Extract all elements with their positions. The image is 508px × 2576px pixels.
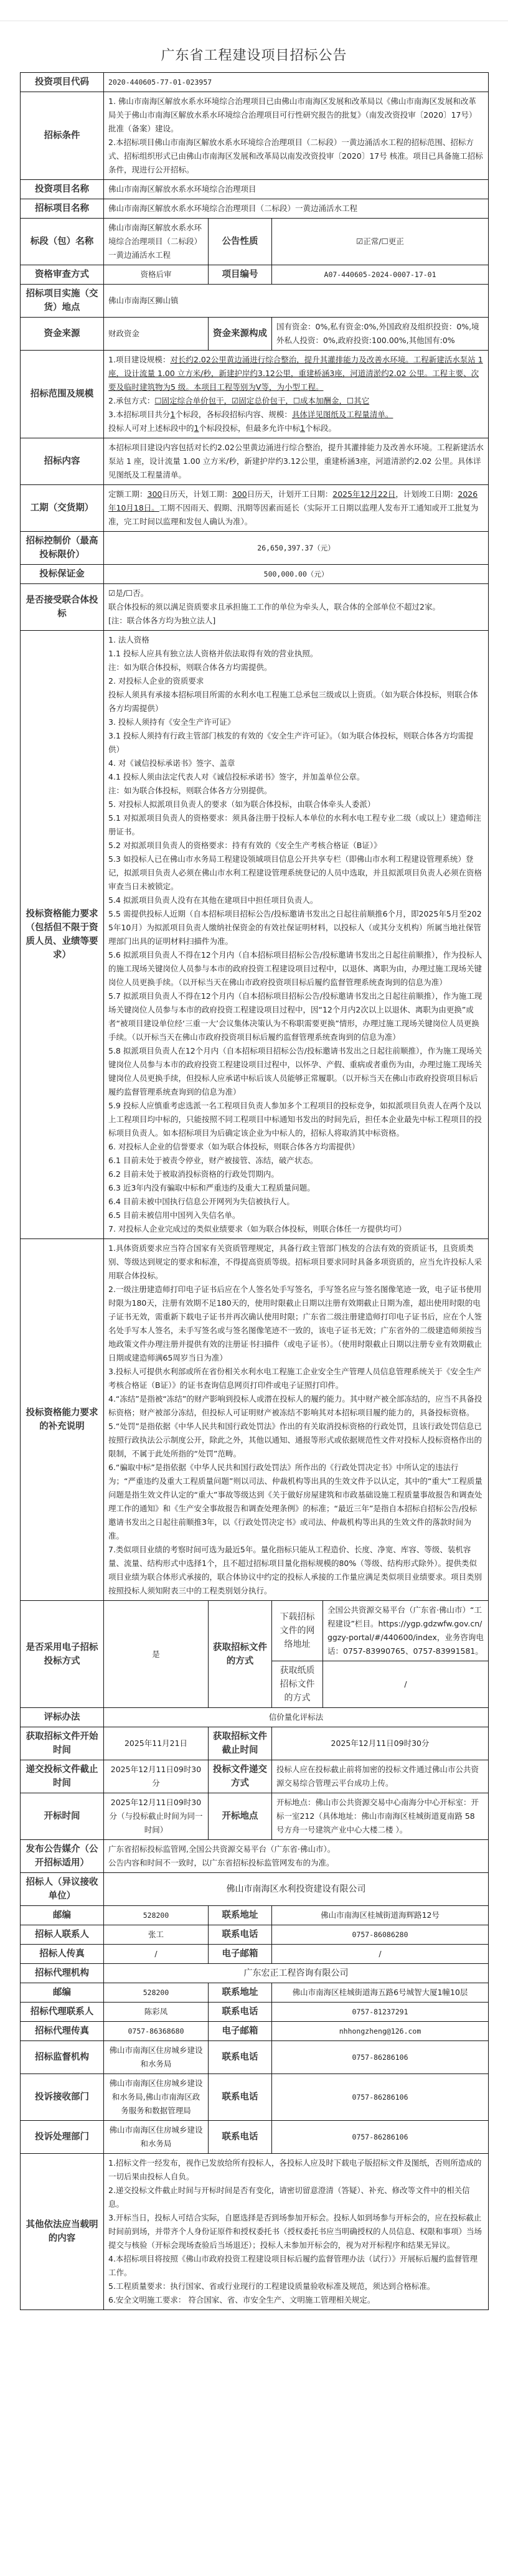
scope-line3-prefix: 3.本招标项目共分: [108, 410, 170, 419]
row-consortium: 是否接受联合体投标 ☑是/☐否。 联合体投标的须以满足资质要求且承担施工工作的单…: [21, 584, 489, 631]
requirement-line: 2. 对投标人企业的资质要求: [108, 674, 484, 688]
row-tenderer-contact: 招标人联系人 张工 联系电话 0757-86086280: [21, 1925, 489, 1945]
funding-structure-value: 国有资金：0%,私有资金:0%,外国政府及组织投资：0%,境外私人投资：0%,政…: [272, 318, 489, 351]
opening-place-value: 开标地点：佛山市公共资源交易中心南海分中心开标室：开标一室212（具体地址：佛山…: [272, 1793, 489, 1840]
supplement-line: 7.类似项目业绩的考察时间可选为最近5年。量化指标只能从工程造价、长度、净宽、库…: [108, 1543, 484, 1598]
opening-place-label: 开标地点: [209, 1793, 272, 1840]
agency-fax-value: 0757-86368680: [104, 2022, 209, 2041]
consortium-value: ☑是/☐否。 联合体投标的须以满足资质要求且承担施工工作的单位为牵头人，联合体的…: [104, 584, 489, 631]
submit-deadline-value: 2025年12月11日09时30分: [104, 1760, 209, 1793]
requirement-line: 6.3 近3年内没有骗取中标和严重违约及重大工程质量问题。: [108, 1181, 484, 1195]
requirement-line: 1.1 投标人应具有独立法人资格并依法取得有效的营业执照。: [108, 647, 484, 661]
section-label: 标段（包）名称: [21, 219, 104, 265]
requirement-line: 6. 对投标人企业的信誉要求（如为联合体投标，则联合体各方均需提供）: [108, 1140, 484, 1154]
start-date: 2025年12月22日: [332, 489, 395, 499]
complaint-handle-phone-label: 联系电话: [209, 2121, 272, 2154]
row-submit: 递交投标文件截止时间 2025年12月11日09时30分 投标文件递交方式 投标…: [21, 1760, 489, 1793]
requirement-line: 1. 法人资格: [108, 633, 484, 647]
row-tenderer-fax: 招标人传真 / 电子邮箱 /: [21, 1945, 489, 1964]
agency-zip-value: 528200: [104, 1983, 209, 2003]
row-scope: 招标范围及规模 1.项目建设规模：对长约2.02公里黄边涌进行综合整治，提升其灌…: [21, 351, 489, 438]
consortium-line: 联合体投标的须以满足资质要求且承担施工工作的单位为牵头人，联合体的全部单位不超过…: [108, 600, 484, 614]
scope-line4-prefix: 投标人可对上述标段中的: [108, 423, 194, 433]
page-title: 广东省工程建设项目招标公告: [0, 45, 508, 64]
requirement-line: 6.5 目前未被信用中国列入失信名单。: [108, 1209, 484, 1222]
conditions-item: 1. 佛山市南海区解放水系水环境综合治理项目已由佛山市南海区发展和改革局以《佛山…: [108, 95, 484, 136]
agency-addr-value: 佛山市南海区桂城街道海五路6号城智大厦1幢10层: [272, 1983, 489, 2003]
content-value: 本招标项目建设内容包括对长约2.02公里黄边涌进行综合整治，提升其灌排能力及改善…: [104, 438, 489, 485]
row-media: 发布公告媒介（公开招标适用） 广东省招标投标监管网,全国公共资源交易平台（广东省…: [21, 1840, 489, 1873]
row-period: 工期（交货期） 定额工期：300日历天，计划工期：300日历天，计划开工日期：2…: [21, 485, 489, 532]
row-agency-fax: 招标代理传真 0757-86368680 电子邮箱 nhhongzheng@12…: [21, 2022, 489, 2041]
row-agency-zip: 邮编 528200 联系地址 佛山市南海区桂城街道海五路6号城智大厦1幢10层: [21, 1983, 489, 2003]
row-qualification: 资格审查方式 资格后审 项目编号 A07-440605-2024-0007-17…: [21, 265, 489, 285]
conditions-value: 1. 佛山市南海区解放水系水环境综合治理项目已由佛山市南海区发展和改革局以《佛山…: [104, 92, 489, 180]
electronic-value: 是: [104, 1601, 209, 1708]
period-value: 定额工期：300日历天，计划工期：300日历天，计划开工日期：2025年12月2…: [104, 485, 489, 532]
agency-zip-label: 邮编: [21, 1983, 104, 2003]
top-bar: [0, 0, 508, 21]
agency-phone-value: 0757-81237291: [272, 2003, 489, 2022]
obtain-start-label: 获取招标文件开始时间: [21, 1727, 104, 1760]
row-obtain-time: 获取招标文件开始时间 2025年11月21日 获取招标文件截止时间 2025年1…: [21, 1727, 489, 1760]
other-line: 6.安全文明施工要求： 符合国家、省、市安全生产、文明施工管理相关规定。: [108, 2293, 484, 2307]
tenderer-value: 佛山市南海区水利投资建设有限公司: [104, 1873, 489, 1906]
end-prefix: ，计划竣工日期：: [395, 489, 458, 499]
requirement-line: 3. 投标人须持有《安全生产许可证》: [108, 715, 484, 729]
supplement-line: 6.“骗取中标”是指依据《中华人民共和国行政处罚法》所作出的《行政处罚决定书》中…: [108, 1461, 484, 1543]
period-note: 工期不因雨天、假期、汛期等因素而延长（实际开工日期以监理人发布开工通知或开工批复…: [108, 503, 478, 526]
requirement-line: 5.3 如投标人已在佛山市水务局工程建设领域项目信息公开共享专栏（即佛山市水利工…: [108, 852, 484, 894]
row-tender-name: 招标项目名称 佛山市南海区解放水系水环境综合治理项目（二标段）一黄边涌活水工程: [21, 199, 489, 219]
requirement-line: 6.4 目前未被中国执行信息公开网列为失信被执行人。: [108, 1195, 484, 1209]
section-value: 佛山市南海区解放水系水环境综合治理项目（二标段）一黄边涌活水工程: [104, 219, 209, 265]
complaint-receive-phone-label: 联系电话: [209, 2074, 272, 2121]
opening-time-value: 2025年12月11日09时30分（与投标截止时间为同一时间）: [104, 1793, 209, 1840]
tenderer-contact-label: 招标人联系人: [21, 1925, 104, 1945]
requirement-line: 6.2 目前未处于被取消投标资格的行政处罚期内。: [108, 1168, 484, 1181]
obtain-end-value: 2025年12月11日09时30分: [272, 1727, 489, 1760]
requirement-line: 3.1 投标人须持有行政主管部门核发的有效的《安全生产许可证》。（如为联合体投标…: [108, 729, 484, 757]
row-deposit: 投标保证金 500,000.00（元）: [21, 565, 489, 584]
supplement-label: 投标资格能力要求的补充说明: [21, 1239, 104, 1601]
deposit-value: 500,000.00（元）: [104, 565, 489, 584]
requirements-label: 投标资格能力要求（包括但不限于资质人员、业绩等要求）: [21, 631, 104, 1239]
project-code-value: A07-440605-2024-0007-17-01: [272, 265, 489, 285]
other-value: 1.招标文件一经发布，视作已发放给所有投标人，各投标人应及时下载电子版招标文件及…: [104, 2154, 489, 2310]
complaint-receive-phone-value: 0757-86286106: [272, 2074, 489, 2121]
obtain-method-label: 获取招标文件的方式: [209, 1601, 272, 1708]
evaluation-value: 信价量化评标法: [104, 1708, 489, 1727]
tenderer-email-label: 电子邮箱: [209, 1945, 272, 1964]
row-supplement: 投标资格能力要求的补充说明 1.具体资质要求应当符合国家有关资质管理规定，具备行…: [21, 1239, 489, 1601]
scope-value: 1.项目建设规模：对长约2.02公里黄边涌进行综合整治，提升其灌排能力及改善水环…: [104, 351, 489, 438]
tender-name-value: 佛山市南海区解放水系水环境综合治理项目（二标段）一黄边涌活水工程: [104, 199, 489, 219]
scope-line3-mid: 个标段，各标段招标内容、规模：: [175, 410, 292, 419]
scope-line3-value: 具体详见图纸及工程量清单。: [292, 410, 393, 419]
invest-name-label: 投资项目名称: [21, 180, 104, 199]
row-control-price: 招标控制价（最高投标限价） 26,650,397.37（元）: [21, 532, 489, 565]
tenderer-addr-value: 佛山市南海区桂城街道海辉路12号: [272, 1906, 489, 1925]
requirement-line: 5.8 拟派项目负责人在12个月内（自本招标项目招标公告/投标邀请书发出之日起往…: [108, 1044, 484, 1099]
bottom-space: [0, 2310, 508, 2349]
deposit-label: 投标保证金: [21, 565, 104, 584]
row-requirements: 投标资格能力要求（包括但不限于资质人员、业绩等要求） 1. 法人资格 1.1 投…: [21, 631, 489, 1239]
obtain-end-label: 获取招标文件截止时间: [209, 1727, 272, 1760]
other-line: 1.招标文件一经发布，视作已发放给所有投标人，各投标人应及时下载电子版招标文件及…: [108, 2156, 484, 2184]
control-price-label: 招标控制价（最高投标限价）: [21, 532, 104, 565]
media-line: 公告内容和时间不一致时，以广东省招标投标监管网发布的为准。: [108, 1856, 484, 1870]
row-invest-name: 投资项目名称 佛山市南海区解放水系水环境综合治理项目: [21, 180, 489, 199]
supervision-label: 招标监督机构: [21, 2041, 104, 2074]
requirement-line: 5.6 拟派项目负责人不得在12个月内（自本招标项目招标公告/投标邀请书发出之日…: [108, 948, 484, 989]
requirement-line: 4. 对《诚信投标承诺书》签字、盖章: [108, 757, 484, 770]
requirement-line: 5.4 拟派项目负责人没有在其他在建项目中担任项目负责人。: [108, 894, 484, 907]
complaint-handle-value: 佛山市南海区住房城乡建设和水务局: [104, 2121, 209, 2154]
plan-prefix: 日历天，计划工期：: [162, 489, 232, 499]
scope-line4-mid: 个标段投标，但最多允许中标: [199, 423, 300, 433]
content-label: 招标内容: [21, 438, 104, 485]
period-label: 工期（交货期）: [21, 485, 104, 532]
project-code-label: 项目编号: [209, 265, 272, 285]
complaint-receive-label: 投诉接收部门: [21, 2074, 104, 2121]
row-conditions: 招标条件 1. 佛山市南海区解放水系水环境综合治理项目已由佛山市南海区发展和改革…: [21, 92, 489, 180]
consortium-choice: ☑是/☐否。: [108, 587, 484, 600]
requirement-line: 5.1 对拟派项目负责人的资格要求：须具备注册于投标人本单位的水利水电工程专业二…: [108, 811, 484, 839]
supplement-line: 2.一级注册建造师打印电子证书后应在个人签名处手写签名，手写签名应与签名图像笔迹…: [108, 1283, 484, 1365]
electronic-label: 是否采用电子招标投标方式: [21, 1601, 104, 1708]
complaint-handle-label: 投诉处理部门: [21, 2121, 104, 2154]
row-location: 招标项目实施（交货）地点 佛山市南海区狮山镇: [21, 285, 489, 318]
row-other: 其他依法应当载明的内容 1.招标文件一经发布，视作已发放给所有投标人，各投标人应…: [21, 2154, 489, 2310]
tenderer-email-value: /: [272, 1945, 489, 1964]
quota-prefix: 定额工期：: [108, 489, 148, 499]
supplement-line: 5.“处罚”是指依据《中华人民共和国行政处罚法》作出的有关取消投标资格的行政处罚…: [108, 1420, 484, 1461]
supplement-value: 1.具体资质要求应当符合国家有关资质管理规定，具备行政主管部门核发的合法有效的资…: [104, 1239, 489, 1601]
agency-label: 招标代理机构: [21, 1964, 104, 1983]
requirement-line: 4.1 投标人须由法定代表人对《诚信投标承诺书》签字，并加盖单位公章。: [108, 770, 484, 784]
scope-line1-prefix: 1.项目建设规模：: [108, 355, 170, 364]
download-address-value[interactable]: 全国公共资源交易平台（广东省·佛山市）“工程建设”栏目。https://ygp.…: [323, 1601, 489, 1661]
consortium-note: [注：联合体各方均为独立法人]: [108, 614, 484, 628]
start-prefix: 日历天，计划开工日期：: [247, 489, 333, 499]
agency-addr-label: 联系地址: [209, 1983, 272, 2003]
requirement-line: 7. 对投标人企业完成过的类似业绩要求（如为联合体投标，则联合体任一方提供均可）: [108, 1222, 484, 1236]
complaint-receive-value: 佛山市南海区住房城乡建设和水务局,佛山市南海区政务服务和数据管理局: [104, 2074, 209, 2121]
conditions-label: 招标条件: [21, 92, 104, 180]
tenderer-contact-value: 张工: [104, 1925, 209, 1945]
funding-label: 资金来源: [21, 318, 104, 351]
notice-table: 投资项目代码 2020-440605-77-01-023957 招标条件 1. …: [20, 72, 489, 2310]
tenderer-phone-value: 0757-86086280: [272, 1925, 489, 1945]
media-line: 广东省招标投标监管网,全国公共资源交易平台（广东省·佛山市）。: [108, 1842, 484, 1856]
invest-code-value: 2020-440605-77-01-023957: [104, 73, 489, 92]
requirement-line: 5. 对投标人拟派项目负责人的要求（如为联合体投标，由联合体牵头人委派）: [108, 798, 484, 811]
quota-days: 300: [148, 489, 162, 499]
evaluation-label: 评标办法: [21, 1708, 104, 1727]
qualification-label: 资格审查方式: [21, 265, 104, 285]
agency-phone-label: 联系电话: [209, 2003, 272, 2022]
tenderer-zip-value: 528200: [104, 1906, 209, 1925]
requirement-line: 5.2 对拟派项目负责人的资格要求：持有有效的《安全生产考核合格证（B证）》: [108, 839, 484, 852]
tender-name-label: 招标项目名称: [21, 199, 104, 219]
row-content: 招标内容 本招标项目建设内容包括对长约2.02公里黄边涌进行综合整治，提升其灌排…: [21, 438, 489, 485]
funding-value: 财政资金: [104, 318, 209, 351]
row-opening: 开标时间 2025年12月11日09时30分（与投标截止时间为同一时间） 开标地…: [21, 1793, 489, 1840]
agency-email-value[interactable]: nhhongzheng@126.com: [272, 2022, 489, 2041]
tenderer-addr-label: 联系地址: [209, 1906, 272, 1925]
other-line: 4.本招标项目将按照《佛山市政府投资工程建设项目标后履约监督管理办法（试行）》开…: [108, 2252, 484, 2280]
requirement-line: 5.5 需提供投标人近期（自本招标项目招标公告/投标邀请书发出之日起往前顺推6个…: [108, 907, 484, 948]
row-funding: 资金来源 财政资金 资金来源构成 国有资金：0%,私有资金:0%,外国政府及组织…: [21, 318, 489, 351]
supervision-phone-label: 联系电话: [209, 2041, 272, 2074]
agency-email-label: 电子邮箱: [209, 2022, 272, 2041]
row-complaint-receive: 投诉接收部门 佛山市南海区住房城乡建设和水务局,佛山市南海区政务服务和数据管理局…: [21, 2074, 489, 2121]
opening-time-label: 开标时间: [21, 1793, 104, 1840]
row-complaint-handle: 投诉处理部门 佛山市南海区住房城乡建设和水务局 联系电话 0757-862861…: [21, 2121, 489, 2154]
tenderer-phone-label: 联系电话: [209, 1925, 272, 1945]
consortium-label: 是否接受联合体投标: [21, 584, 104, 631]
row-section: 标段（包）名称 佛山市南海区解放水系水环境综合治理项目（二标段）一黄边涌活水工程…: [21, 219, 489, 265]
supplement-line: 4.“冻结”是指被“冻结”的财产影响到投标人或潜在投标人的履约能力。其中财产被全…: [108, 1392, 484, 1420]
media-label: 发布公告媒介（公开招标适用）: [21, 1840, 104, 1873]
nature-value: ☑正常/☐更正: [272, 219, 489, 265]
other-line: 3.开标当日，投标人可结合实际，自愿选择是否到场参加开标会。投标人如到场参与开标…: [108, 2211, 484, 2252]
paper-method-value: /: [323, 1661, 489, 1708]
agency-fax-label: 招标代理传真: [21, 2022, 104, 2041]
submit-method-value: 投标人应在投标截止前将加密的投标文件通过佛山市公共资源交易综合管理云平台成功上传…: [272, 1760, 489, 1793]
row-tenderer-zip: 邮编 528200 联系地址 佛山市南海区桂城街道海辉路12号: [21, 1906, 489, 1925]
scope-label: 招标范围及规模: [21, 351, 104, 438]
tenderer-zip-label: 邮编: [21, 1906, 104, 1925]
requirement-line: 6.1 目前未处于被责令停业，财产被接管、冻结，破产状态。: [108, 1154, 484, 1168]
tenderer-fax-label: 招标人传真: [21, 1945, 104, 1964]
row-supervision: 招标监督机构 佛山市南海区住房城乡建设和水务局 联系电话 0757-862861…: [21, 2041, 489, 2074]
download-address-label: 下载招标文件的网络地址: [272, 1601, 323, 1661]
obtain-start-value: 2025年11月21日: [104, 1727, 209, 1760]
qualification-value: 资格后审: [104, 265, 209, 285]
supplement-line: 1.具体资质要求应当符合国家有关资质管理规定，具备行政主管部门核发的合法有效的资…: [108, 1242, 484, 1283]
requirement-line: 注：如为联合体投标，则联合体各方均需提供。: [108, 661, 484, 674]
other-line: 5.工程质量要求：执行国家、省或行业现行的工程建设质量验收标准及规范，须达到合格…: [108, 2280, 484, 2293]
agency-contact-value: 陈彩凤: [104, 2003, 209, 2022]
requirements-value: 1. 法人资格 1.1 投标人应具有独立法人资格并依法取得有效的营业执照。 注：…: [104, 631, 489, 1239]
contract-type-options: ☐固定综合单价包干，☑固定总价包干，☐成本加酬金，☐其它: [154, 396, 369, 405]
win-section-count: 1: [300, 423, 305, 433]
row-evaluation: 评标办法 信价量化评标法: [21, 1708, 489, 1727]
paper-method-label: 获取纸质招标文件的方式: [272, 1661, 323, 1708]
row-invest-code: 投资项目代码 2020-440605-77-01-023957: [21, 73, 489, 92]
conditions-item: 2.本招标项目佛山市南海区解放水系水环境综合治理项目（二标段）一黄边涌活水工程的…: [108, 136, 484, 177]
agency-contact-label: 招标代理联系人: [21, 2003, 104, 2022]
tenderer-label: 招标人（异议接收单位）: [21, 1873, 104, 1906]
funding-structure-label: 资金来源构成: [209, 318, 272, 351]
other-line: 2.递交投标文件截止时间与开标时间是否有变化，请密切留意澄清（答疑）、补充、修改…: [108, 2184, 484, 2211]
control-price-value: 26,650,397.37（元）: [104, 532, 489, 565]
other-label: 其他依法应当载明的内容: [21, 2154, 104, 2310]
complaint-handle-phone-value: 0757-86286106: [272, 2121, 489, 2154]
media-value: 广东省招标投标监管网,全国公共资源交易平台（广东省·佛山市）。 公告内容和时间不…: [104, 1840, 489, 1873]
row-electronic-1: 是否采用电子招标投标方式 是 获取招标文件的方式 下载招标文件的网络地址 全国公…: [21, 1601, 489, 1661]
plan-days: 300: [232, 489, 247, 499]
location-value: 佛山市南海区狮山镇: [104, 285, 489, 318]
supplement-line: 3.投标人可提供水利部或所在省份相关水利水电工程施工企业安全生产管理人员信息管理…: [108, 1365, 484, 1392]
requirement-line: 5.9 投标人应慎重考虑选派一名工程项目负责人参加多个工程项目的投标竞争，如拟派…: [108, 1099, 484, 1140]
agency-value: 广东宏正工程咨询有限公司: [104, 1964, 489, 1983]
requirement-line: 注：如为联合体投标，则联合体各方分别提供。: [108, 784, 484, 798]
supervision-value: 佛山市南海区住房城乡建设和水务局: [104, 2041, 209, 2074]
scope-line4-suffix: 个标段。: [305, 423, 336, 433]
requirement-line: 投标人须具有承接本招标项目所需的水利水电工程施工总承包三级或以上资质。（如为联合…: [108, 688, 484, 715]
row-tenderer: 招标人（异议接收单位） 佛山市南海区水利投资建设有限公司: [21, 1873, 489, 1906]
tenderer-fax-value: /: [104, 1945, 209, 1964]
submit-method-label: 投标文件递交方式: [209, 1760, 272, 1793]
invest-code-label: 投资项目代码: [21, 73, 104, 92]
invest-name-value: 佛山市南海区解放水系水环境综合治理项目: [104, 180, 489, 199]
location-label: 招标项目实施（交货）地点: [21, 285, 104, 318]
row-agency-contact: 招标代理联系人 陈彩凤 联系电话 0757-81237291: [21, 2003, 489, 2022]
row-agency: 招标代理机构 广东宏正工程咨询有限公司: [21, 1964, 489, 1983]
submit-deadline-label: 递交投标文件截止时间: [21, 1760, 104, 1793]
requirement-line: 5.7 拟派项目负责人不得在12个月内（自本招标项目招标公告/投标邀请书发出之日…: [108, 989, 484, 1044]
scope-line2-prefix: 2.承包方式：: [108, 396, 154, 405]
supervision-phone-value: 0757-86286106: [272, 2041, 489, 2074]
nature-label: 公告性质: [209, 219, 272, 265]
